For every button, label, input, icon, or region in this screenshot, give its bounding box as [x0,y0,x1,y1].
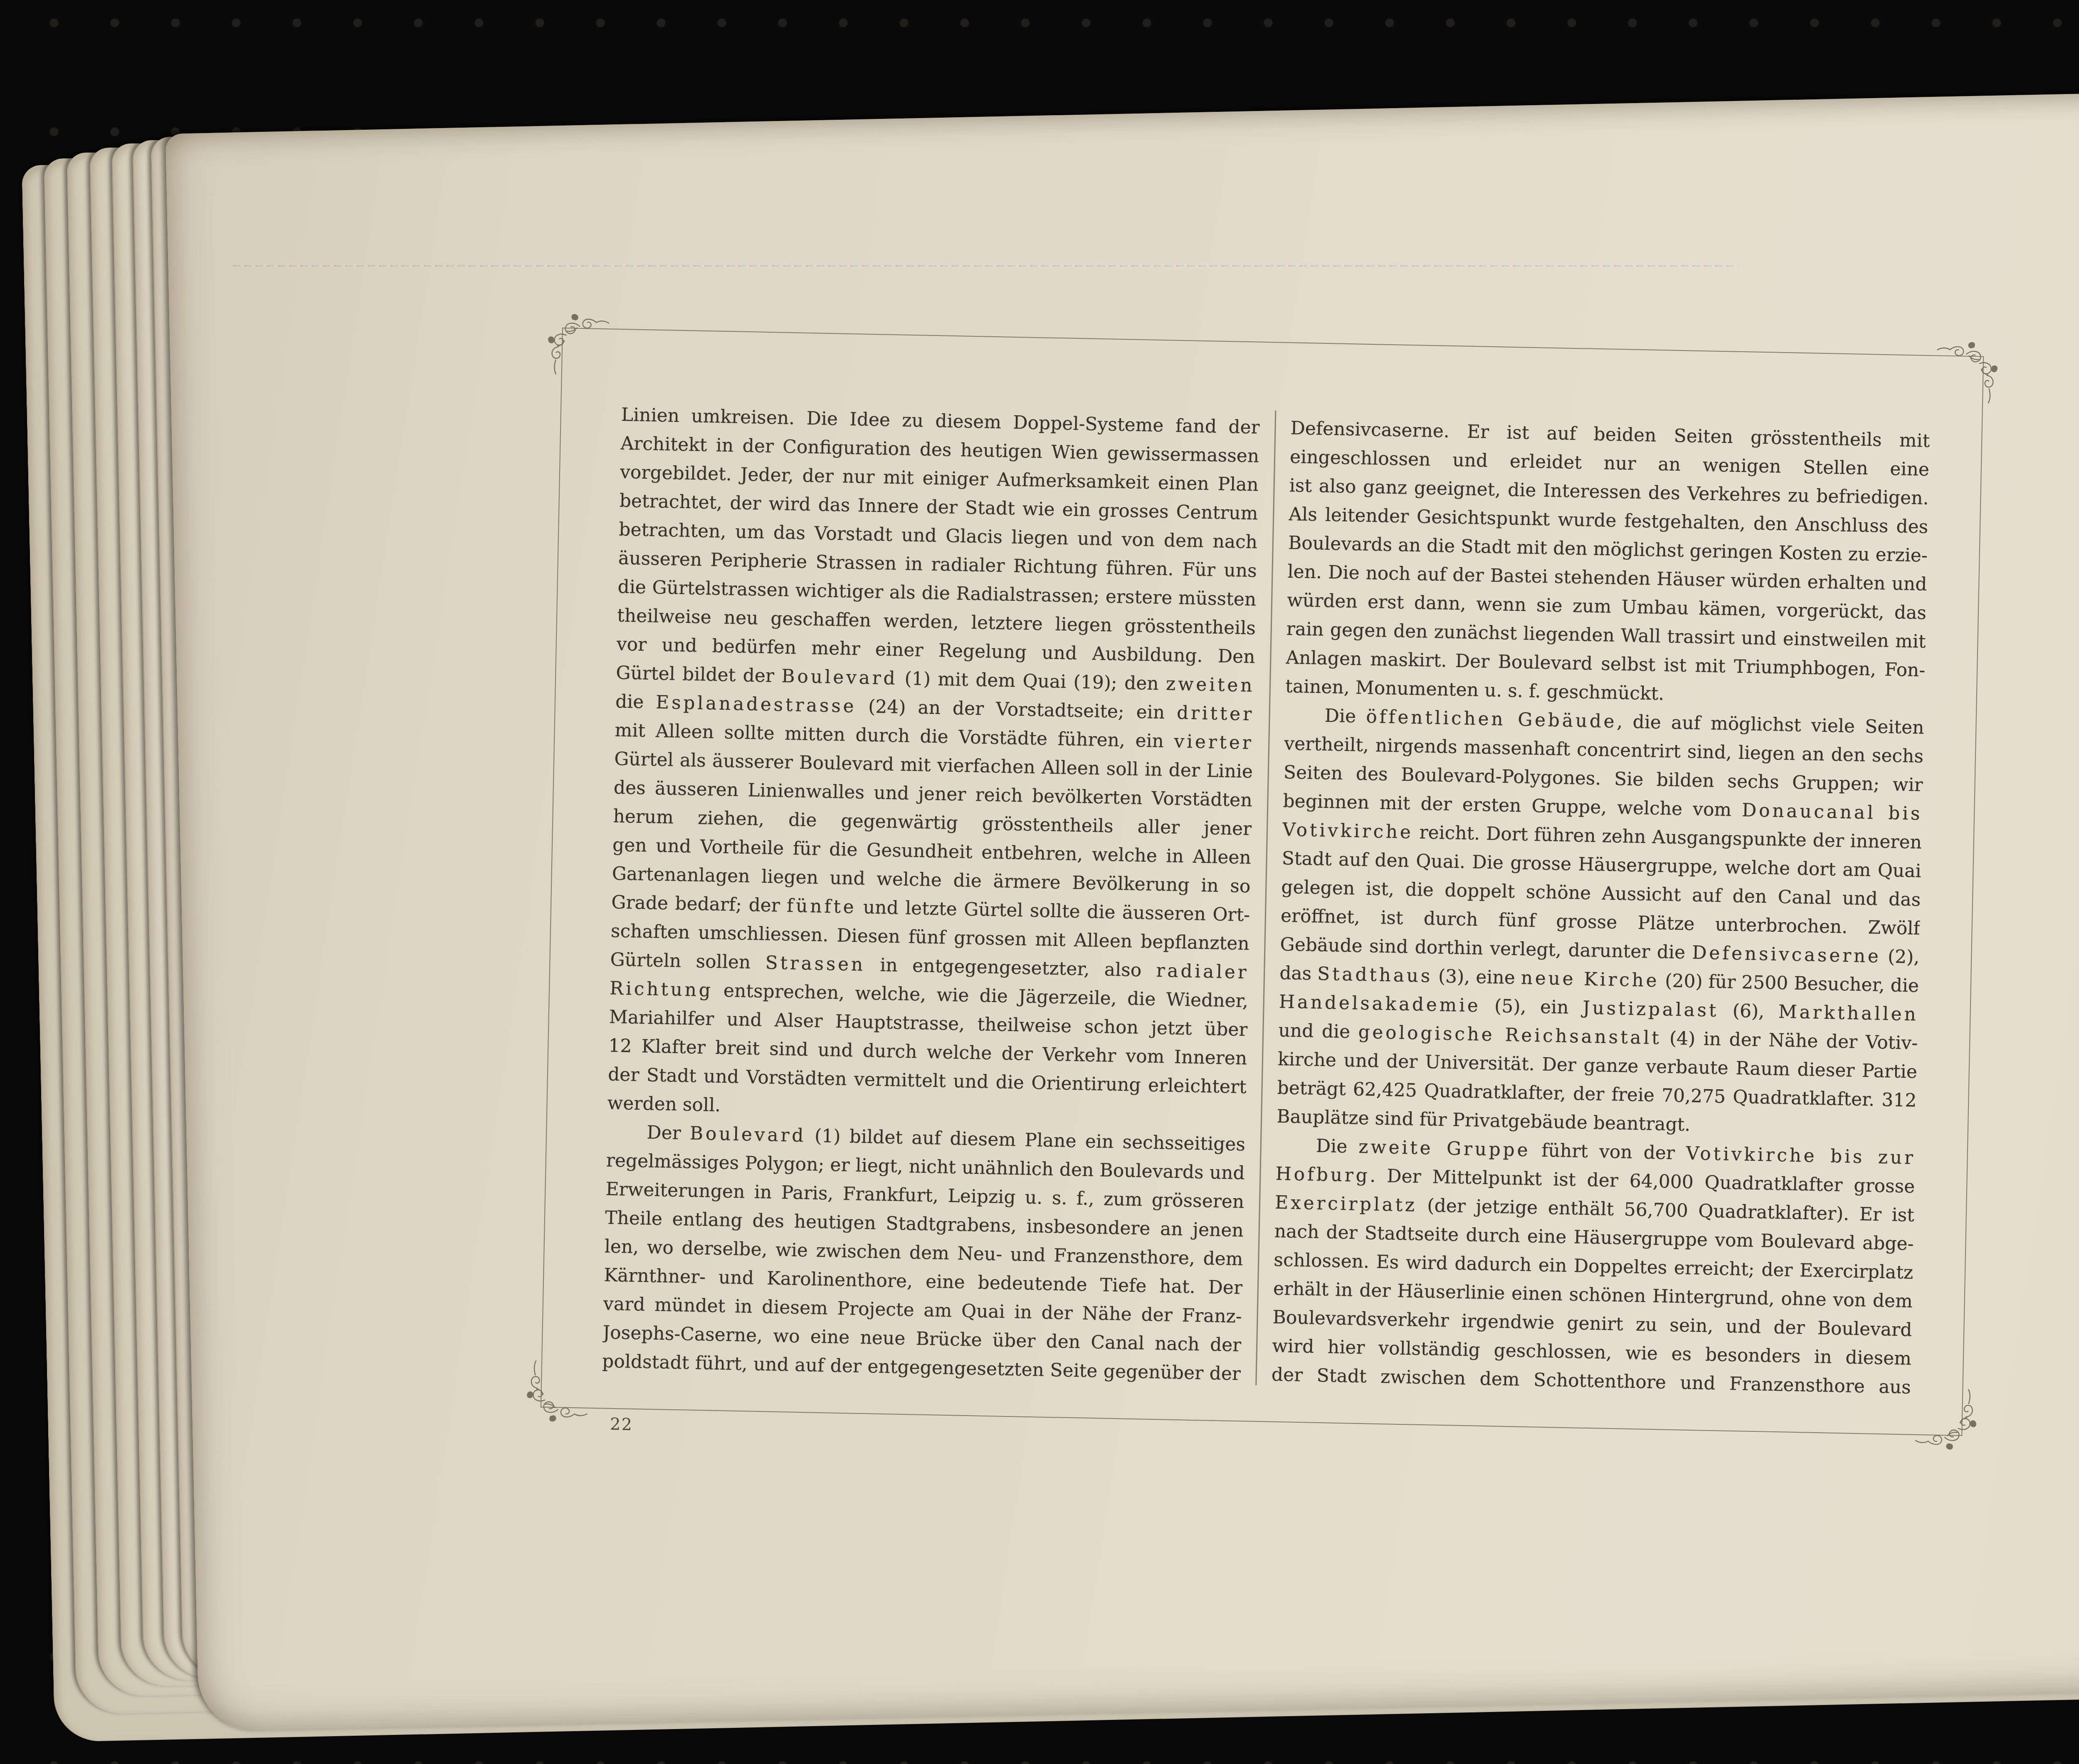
text-column-right: Defensivcaserne. Er ist auf beiden Seite… [1271,414,1930,1401]
corner-ornament-icon-bottom-left [526,1359,590,1423]
scan-glitch-artifact [233,265,1738,266]
printed-page-content: Linien umkreisen. Die Idee zu diesem Dop… [541,328,1984,1436]
text-column-left: Linien umkreisen. Die Idee zu diesem Dop… [602,400,1260,1388]
corner-ornament-icon-bottom-right [1914,1387,1978,1451]
photo-background: Linien umkreisen. Die Idee zu diesem Dop… [0,0,2079,1764]
corner-ornament-icon-top-right [1935,341,1998,405]
corner-ornament-icon-top-left [547,313,611,377]
page-number: 22 [610,1415,633,1434]
